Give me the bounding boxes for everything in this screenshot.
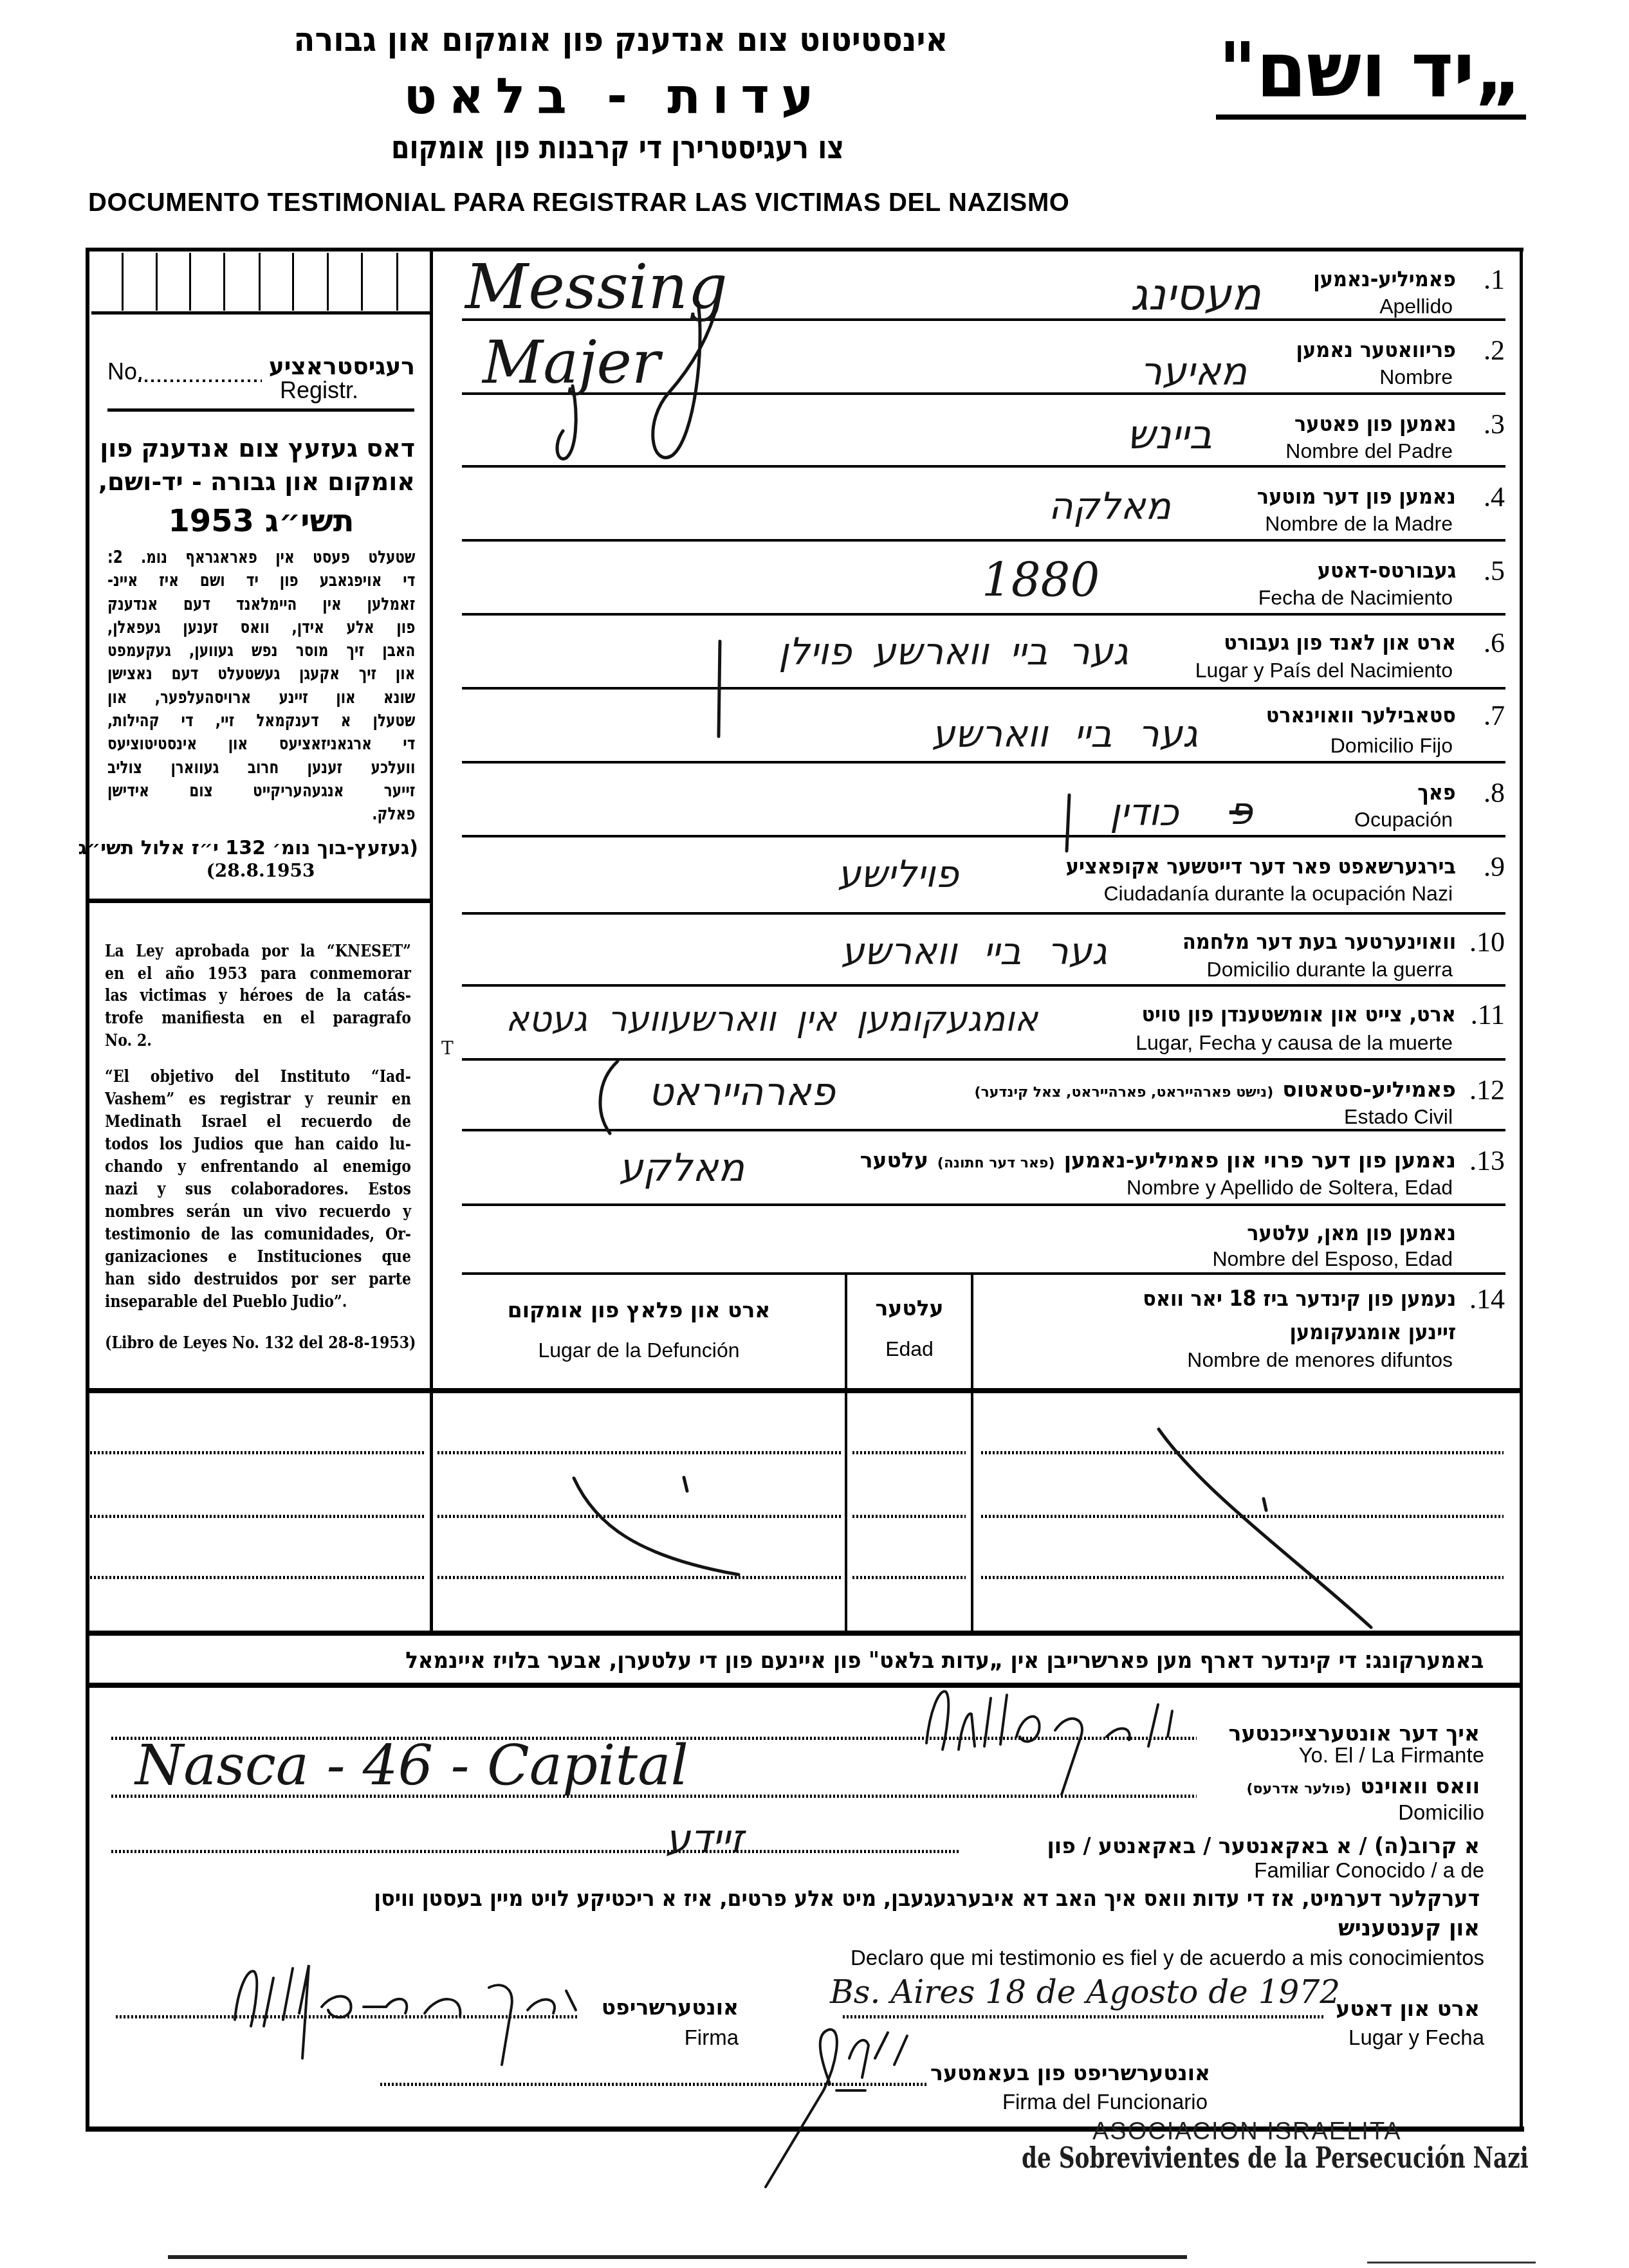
row12-bracket-stroke bbox=[600, 1061, 618, 1133]
pen-strokes-layer bbox=[0, 0, 1629, 2268]
messing-g-descender bbox=[653, 302, 717, 457]
children-place-strike bbox=[574, 1478, 739, 1575]
testimony-document-page: אינסטיטוט צום אנדענק פון אומקום און גבור… bbox=[0, 0, 1629, 2268]
firmante-signature bbox=[926, 1692, 1172, 1795]
row6-vertical-stroke bbox=[719, 641, 720, 736]
children-place-tick bbox=[684, 1477, 687, 1491]
firma-signature bbox=[235, 1965, 576, 2065]
majer-j-descender bbox=[557, 386, 576, 459]
children-name-strike bbox=[1159, 1429, 1371, 1627]
children-name-tick bbox=[1264, 1499, 1266, 1510]
funcionario-signature bbox=[766, 2029, 907, 2187]
row8-vertical-stroke bbox=[1067, 795, 1069, 851]
